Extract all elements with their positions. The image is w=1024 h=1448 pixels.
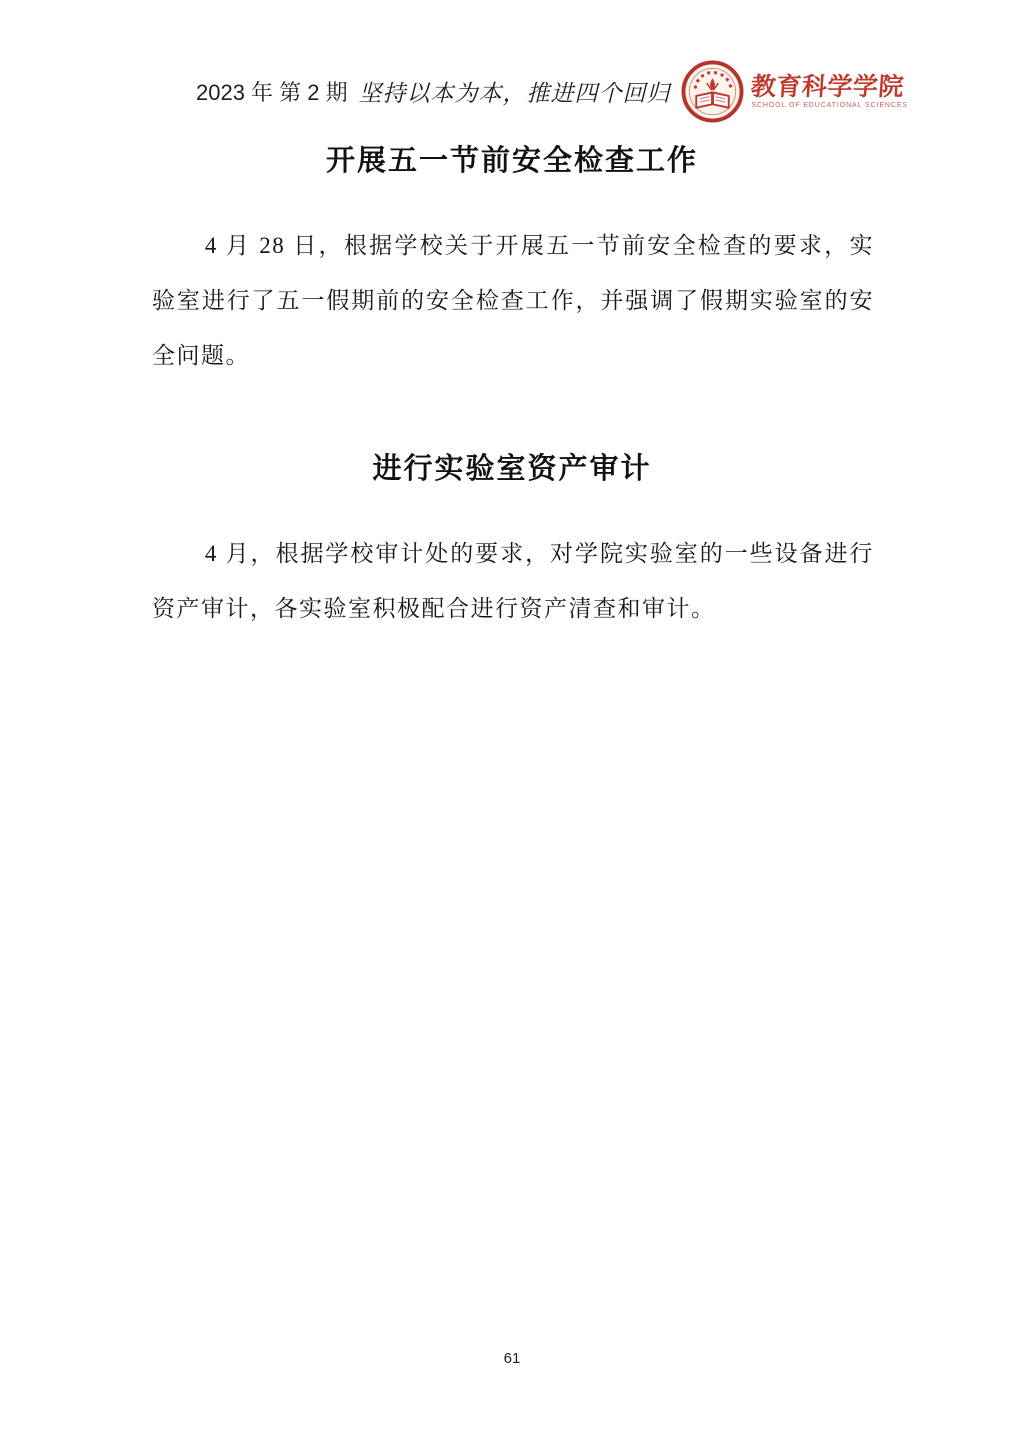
school-seal-icon <box>681 60 744 123</box>
issue-label: 2023 年 第 2 期 <box>196 76 348 107</box>
document-page: 2023 年 第 2 期 坚持以本为本，推进四个回归 <box>0 0 1024 1448</box>
school-logo: 教育科学学院 SCHOOL OF EDUCATIONAL SCIENCES <box>681 60 908 123</box>
article-1-title: 开展五一节前安全检查工作 <box>0 138 1024 179</box>
article-1-body: 4 月 28 日，根据学校关于开展五一节前安全检查的要求，实验室进行了五一假期前… <box>152 218 874 383</box>
motto-text: 坚持以本为本，推进四个回归 <box>358 75 670 108</box>
school-name-en: SCHOOL OF EDUCATIONAL SCIENCES <box>751 102 908 109</box>
article-2-body: 4 月，根据学校审计处的要求，对学院实验室的一些设备进行资产审计，各实验室积极配… <box>152 526 874 636</box>
article-2-title: 进行实验室资产审计 <box>0 446 1024 487</box>
page-header: 2023 年 第 2 期 坚持以本为本，推进四个回归 <box>196 58 908 124</box>
page-number: 61 <box>0 1350 1024 1367</box>
school-name-cn: 教育科学学院 <box>750 74 908 99</box>
logo-text: 教育科学学院 SCHOOL OF EDUCATIONAL SCIENCES <box>751 74 908 109</box>
